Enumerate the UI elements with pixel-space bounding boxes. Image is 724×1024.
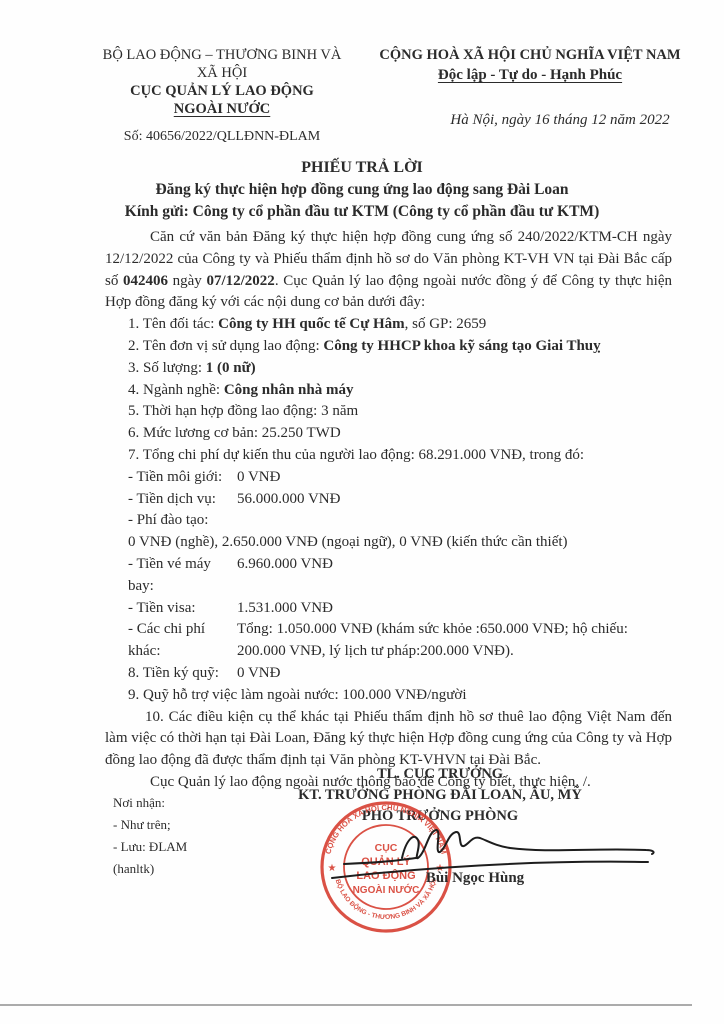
list-item-4: 4. Ngành nghề: Công nhân nhà máy (105, 380, 672, 402)
fee-label-other: - Các chi phí khác: (128, 619, 237, 663)
fee-row-other: - Các chi phí khác:Tổng: 1.050.000 VNĐ (… (105, 619, 672, 663)
page-title: PHIẾU TRẢ LỜI (0, 157, 724, 179)
list-item-6: 6. Mức lương cơ bản: 25.250 TWD (105, 423, 672, 445)
item2-label: 2. Tên đơn vị sử dụng lao động: (128, 338, 323, 354)
item1-label: 1. Tên đối tác: (128, 316, 218, 332)
fee-row-visa: - Tiền visa:1.531.000 VNĐ (105, 598, 672, 620)
list-item-1: 1. Tên đối tác: Công ty HH quốc tế Cự Hâ… (105, 314, 672, 336)
list-item-3: 3. Số lượng: 1 (0 nữ) (105, 358, 672, 380)
item3-label: 3. Số lượng: (128, 360, 206, 376)
fee-row-broker: - Tiền môi giới:0 VNĐ (105, 467, 672, 489)
document-number: Số: 40656/2022/QLLĐNN-ĐLAM (78, 129, 366, 145)
fee-row-training: - Phí đào tạo:0 VNĐ (nghề), 2.650.000 VN… (105, 510, 672, 554)
fee-label-training: - Phí đào tạo: (128, 510, 237, 532)
list-item-2: 2. Tên đơn vị sử dụng lao động: Công ty … (105, 336, 672, 358)
fee-value-broker: 0 VNĐ (237, 467, 662, 489)
item2-employer-name: Công ty HHCP khoa kỹ sáng tạo Giai Thuỵ (323, 338, 600, 354)
item1-partner-name: Công ty HH quốc tế Cự Hâm (218, 316, 405, 332)
item3-quantity: 1 (0 nữ) (206, 360, 256, 376)
fee-value-visa: 1.531.000 VNĐ (237, 598, 662, 620)
fee-label-service: - Tiền dịch vụ: (128, 489, 237, 511)
fee-label-visa: - Tiền visa: (128, 598, 237, 620)
recipient-line: Kính gửi: Công ty cổ phần đầu tư KTM (Cô… (0, 201, 724, 223)
department-name-line2: NGOÀI NƯỚC (78, 100, 366, 118)
fee-row-service: - Tiền dịch vụ:56.000.000 VNĐ (105, 489, 672, 511)
recipients-line-2: - Lưu: ĐLAM (113, 836, 187, 858)
department-name-line1: CỤC QUẢN LÝ LAO ĐỘNG (78, 82, 366, 100)
recipients-line-1: - Như trên; (113, 814, 187, 836)
intro-paragraph: Căn cứ văn bản Đăng ký thực hiện hợp đồn… (105, 227, 672, 314)
item8-value: 0 VNĐ (237, 665, 280, 681)
recipients-line-3: (hanltk) (113, 858, 187, 880)
country-name: CỘNG HOÀ XÃ HỘI CHỦ NGHĨA VIỆT NAM (366, 46, 694, 65)
national-motto: Độc lập - Tự do - Hạnh Phúc (366, 65, 694, 85)
fee-label-airfare: - Tiền vé máy bay: (128, 554, 237, 598)
signature-authority-line: TL. CỤC TRƯỞNG (230, 764, 650, 785)
list-item-7: 7. Tổng chi phí dự kiến thu của người la… (105, 445, 672, 467)
fee-value-training: 0 VNĐ (nghề), 2.650.000 VNĐ (ngoại ngữ),… (128, 532, 568, 554)
fee-value-other: Tổng: 1.050.000 VNĐ (khám sức khỏe :650.… (237, 619, 662, 663)
fee-row-airfare: - Tiền vé máy bay:6.960.000 VNĐ (105, 554, 672, 598)
item4-occupation: Công nhân nhà máy (224, 382, 354, 398)
fee-label-broker: - Tiền môi giới: (128, 467, 237, 489)
list-item-8: 8. Tiền ký quỹ:0 VNĐ (105, 663, 672, 685)
fee-value-airfare: 6.960.000 VNĐ (237, 554, 662, 576)
scanned-document-page: BỘ LAO ĐỘNG – THƯƠNG BINH VÀ XÃ HỘI CỤC … (0, 0, 724, 1024)
list-item-5: 5. Thời hạn hợp đồng lao động: 3 năm (105, 401, 672, 423)
item1-license: , số GP: 2659 (405, 316, 487, 332)
intro-text-2: ngày (168, 273, 206, 289)
ministry-name-line1: BỘ LAO ĐỘNG – THƯƠNG BINH VÀ (78, 46, 366, 64)
document-subtitle: Đăng ký thực hiện hợp đồng cung ứng lao … (0, 179, 724, 201)
place-date-line: Hà Nội, ngày 16 tháng 12 năm 2022 (366, 112, 694, 129)
intro-bold-date: 07/12/2022 (206, 273, 274, 289)
list-item-9: 9. Quỹ hỗ trợ việc làm ngoài nước: 100.0… (105, 685, 672, 707)
ministry-name-line2: XÃ HỘI (78, 64, 366, 82)
scan-artifact-line (0, 1004, 692, 1006)
fee-value-service: 56.000.000 VNĐ (237, 489, 662, 511)
document-body: Căn cứ văn bản Đăng ký thực hiện hợp đồn… (105, 227, 672, 794)
recipients-block: Nơi nhận: - Như trên; - Lưu: ĐLAM (hanlt… (113, 792, 187, 880)
recipients-title: Nơi nhận: (113, 792, 187, 814)
signer-name: Bùi Ngọc Hùng (370, 870, 580, 887)
intro-bold-number: 042406 (123, 273, 168, 289)
item4-label: 4. Ngành nghề: (128, 382, 224, 398)
document-header: BỘ LAO ĐỘNG – THƯƠNG BINH VÀ XÃ HỘI CỤC … (0, 0, 724, 145)
list-item-10: 10. Các điều kiện cụ thể khác tại Phiếu … (105, 707, 672, 772)
item8-label: 8. Tiền ký quỹ: (128, 663, 237, 685)
issuing-agency-block: BỘ LAO ĐỘNG – THƯƠNG BINH VÀ XÃ HỘI CỤC … (78, 46, 366, 145)
national-motto-block: CỘNG HOÀ XÃ HỘI CHỦ NGHĨA VIỆT NAM Độc l… (366, 46, 694, 145)
title-block: PHIẾU TRẢ LỜI Đăng ký thực hiện hợp đồng… (0, 157, 724, 223)
